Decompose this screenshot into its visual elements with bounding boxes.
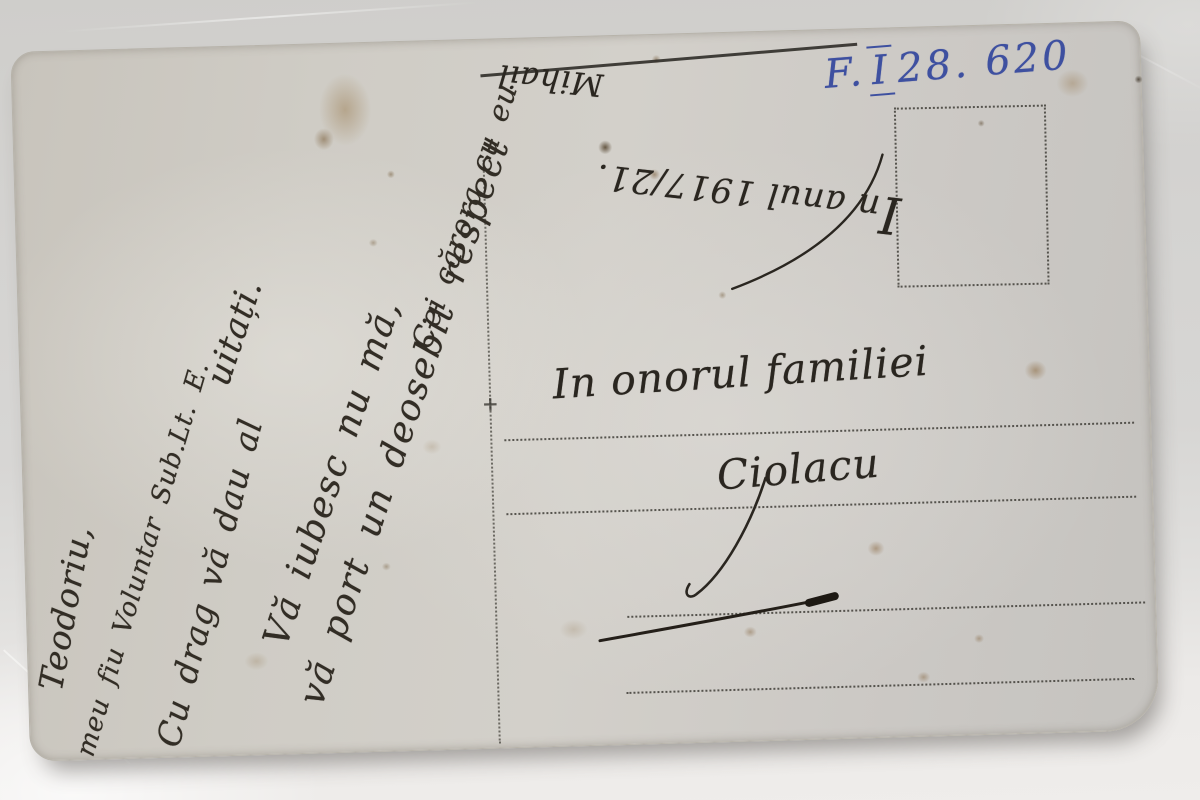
stain (382, 562, 391, 570)
stain (387, 170, 395, 178)
address-text-line2: Ciolacu (682, 436, 915, 502)
backdrop-crease (60, 1, 479, 32)
heavy-underline-stroke (599, 597, 834, 641)
heavy-underline-blob (809, 596, 835, 603)
message-line-2: vă port un deosebit respect (291, 133, 518, 711)
stain (917, 671, 930, 682)
address-rule-1 (504, 422, 1134, 442)
divider-cross-mark: + (473, 391, 508, 416)
stain (559, 619, 588, 640)
inverted-year-inscription: In anul 1917/21. (546, 146, 950, 249)
stain (974, 634, 984, 643)
stain (244, 652, 268, 671)
stain (422, 439, 441, 455)
stain (744, 626, 757, 637)
center-divider-line (483, 160, 501, 744)
address-text-line1: In onorul familiei (524, 335, 956, 410)
address-rule-3 (627, 601, 1145, 617)
stain (1024, 360, 1047, 381)
stain (867, 541, 884, 556)
archival-number-roman: I (867, 45, 896, 97)
stain (314, 128, 335, 151)
message-line-7: Teodoriu, (31, 522, 99, 693)
stain (369, 239, 378, 247)
stain (718, 291, 726, 299)
archival-number-value: 28. 620 (895, 32, 1072, 92)
address-rule-4 (626, 678, 1134, 694)
postcard: F.I28. 620 Mihail In anul 1917/21. + In … (10, 20, 1159, 761)
address-rule-2 (506, 496, 1136, 516)
stain (1134, 75, 1142, 83)
archival-number-prefix: F. (823, 49, 867, 98)
